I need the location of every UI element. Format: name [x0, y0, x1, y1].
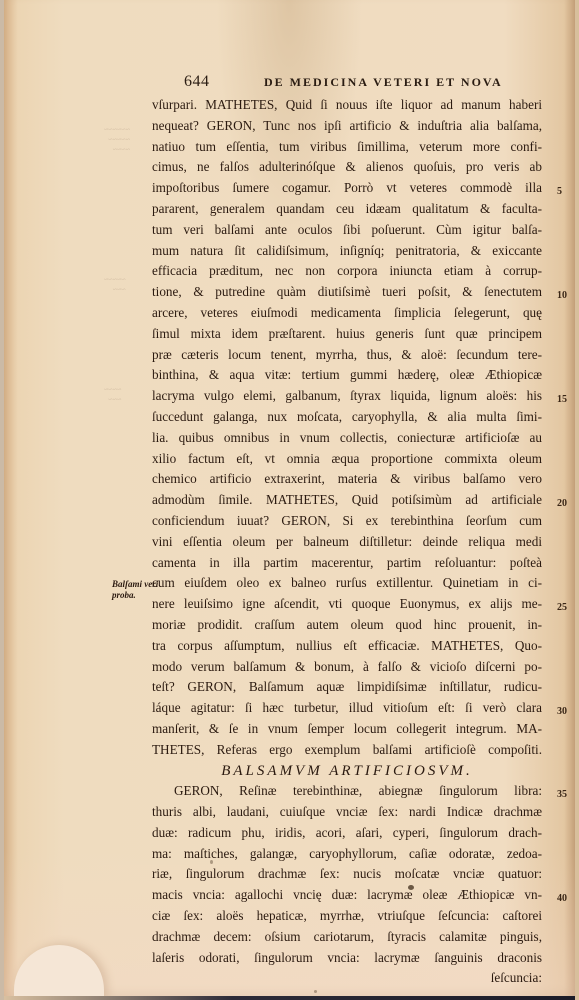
text-line: láque agitatur: ſi hæc turbetur, illud v… — [152, 698, 542, 719]
book-page: ~~~~~~~~~~~~~~~ ~~~~~~~~ ~~~~~~~ 644 DE … — [4, 0, 575, 1000]
main-text: vſurpari. MATHETES, Quid ſi nouus iſte l… — [152, 95, 542, 989]
text-line: ſimul mixta idem præſtarent. huius gener… — [152, 324, 542, 345]
text-line: nere leuiſsimo igne aſcendit, vti quoque… — [152, 594, 542, 615]
text-line: chemico artificio extraxerint, materia &… — [152, 469, 542, 490]
text-line: teſt? GERON, Balſamum aquæ limpidiſsimæ … — [152, 677, 542, 698]
page-number: 644 — [184, 73, 210, 91]
line-number: 35 — [557, 785, 567, 806]
text-line: vini eſſentia oleum per balneum diſtille… — [152, 532, 542, 553]
running-header: 644 DE MEDICINA VETERI ET NOVA — [184, 73, 544, 93]
recipe-line: ciæ ſex: aloës hepaticæ, myrrhæ, vtriuſq… — [152, 906, 542, 927]
line-number: 30 — [557, 702, 567, 723]
text-line: tione, & putredine quàm diutiſsimè tueri… — [152, 282, 542, 303]
recipe-line: macis vncia: agallochi vncię duæ: lacrym… — [152, 885, 542, 906]
text-line: arcere, veteres eiuſmodi medicamenta ſim… — [152, 303, 542, 324]
paper-speck — [210, 860, 213, 864]
line-number: 20 — [557, 494, 567, 515]
paper-speck — [408, 885, 414, 890]
text-line: mum natura ſit calidiſsimum, inſigníq; p… — [152, 241, 542, 262]
recipe-line: drachmæ decem: oſsium cariotarum, ſtyrac… — [152, 927, 542, 948]
text-line: impoſtoribus ſumere cogamur. Porrò vt ve… — [152, 178, 542, 199]
text-line: nequeat? GERON, Tunc nos ipſi artificio … — [152, 116, 542, 137]
page-bottom-edge — [4, 996, 575, 1000]
line-number: 5 — [557, 182, 562, 203]
text-line: natiuo tum eſſentia, tum viribus ſimilli… — [152, 137, 542, 158]
text-line: manſerit, & ſe in vnum ſemper locum coll… — [152, 719, 542, 740]
paper-speck — [314, 990, 317, 993]
recipe-line: riæ, ſingulorum drachmæ ſex: nucis moſca… — [152, 864, 542, 885]
recipe-line: GERON, Reſinæ terebinthinæ, abiegnæ ſing… — [152, 781, 542, 802]
line-number: 40 — [557, 889, 567, 910]
text-line: præ cæteris locum tenent, myrrha, thus, … — [152, 345, 542, 366]
recipe-line: laſeris odorati, ſingulorum vncia: lacry… — [152, 948, 542, 969]
text-line: xilio factum eſt, vt omnia æqua proporti… — [152, 449, 542, 470]
text-line: moriæ prodidit. craſſum autem oleum quod… — [152, 615, 542, 636]
text-line: modo verum balſamum & bonum, à falſo & v… — [152, 657, 542, 678]
recipe-line: duæ: radicum phu, iridis, acori, aſari, … — [152, 823, 542, 844]
recipe-line: thuris albi, laudani, cuiuſque vnciæ ſex… — [152, 802, 542, 823]
text-line: binthina, & aqua vitæ: tertium gummi hæd… — [152, 365, 542, 386]
section-heading: BALSAMVM ARTIFICIOSVM. — [152, 761, 542, 782]
show-through-text: ~~~~~~~~ — [104, 275, 126, 295]
line-number: 15 — [557, 390, 567, 411]
text-line: tra corpus aſſumptum, nullius eſt effica… — [152, 636, 542, 657]
text-line: THETES, Referas ergo exemplum balſami ar… — [152, 740, 542, 761]
text-line: vſurpari. MATHETES, Quid ſi nouus iſte l… — [152, 95, 542, 116]
text-line: tum veri balſami ante oculos ſibi poſuer… — [152, 220, 542, 241]
text-line: efficacia præditum, nec non corpora iniu… — [152, 261, 542, 282]
text-line: cum eiuſdem oleo ex balneo rurſus extill… — [152, 573, 542, 594]
text-line: camenta in illa partim macerentur, parti… — [152, 553, 542, 574]
text-line: ſuccedunt galanga, nux moſcata, caryophy… — [152, 407, 542, 428]
line-number: 25 — [557, 598, 567, 619]
show-through-text: ~~~~~~~ — [104, 385, 121, 405]
text-line: admodùm ſimile. MATHETES, Quid potiſsimù… — [152, 490, 542, 511]
text-line: cimus, ne falſos adulterinóſque & alieno… — [152, 157, 542, 178]
recipe-line: ſeſcuncia: — [152, 968, 542, 989]
running-title: DE MEDICINA VETERI ET NOVA — [264, 75, 503, 90]
text-line: lacryma vulgo elemi, galbanum, ſtyrax li… — [152, 386, 542, 407]
text-line: lia. quibus omnibus in vnum collectis, c… — [152, 428, 542, 449]
show-through-text: ~~~~~~~~~~~~~~~ — [104, 125, 130, 155]
text-line: pararent, generalem quandam ceu idæam qu… — [152, 199, 542, 220]
book-right-edge — [575, 0, 579, 1000]
line-number: 10 — [557, 286, 567, 307]
text-line: conficiendum iuuat? GERON, Si ex terebin… — [152, 511, 542, 532]
